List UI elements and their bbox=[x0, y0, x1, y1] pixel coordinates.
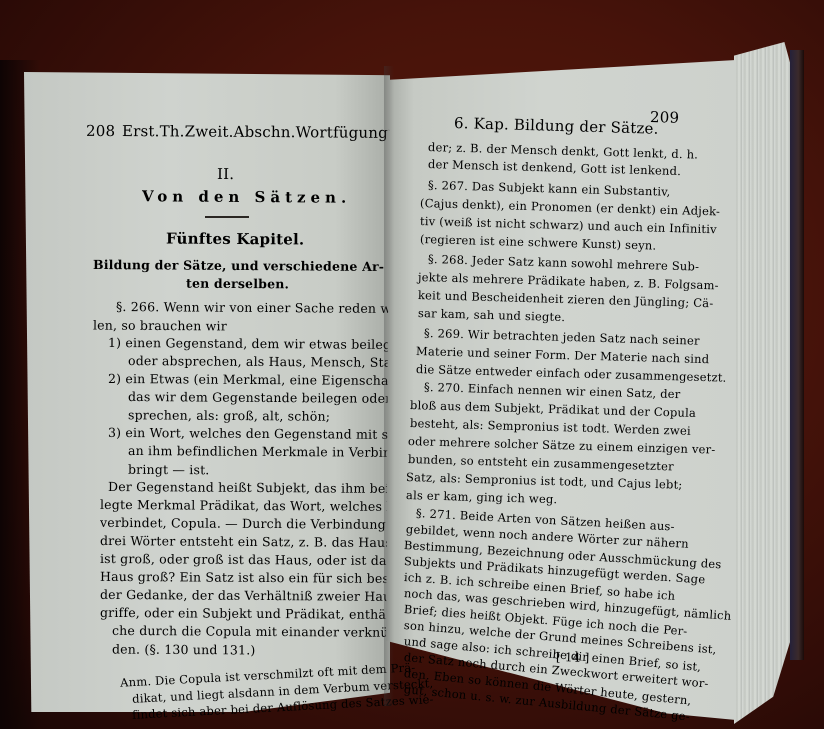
body-line: legte Merkmal Prädikat, das Wort, welche… bbox=[100, 497, 422, 514]
body-line: 3) ein Wort, welches den Gegenstand mit … bbox=[108, 425, 428, 442]
section-title: Von den Sätzen. bbox=[142, 187, 351, 206]
section-numeral: II. bbox=[217, 165, 234, 183]
book-gutter bbox=[384, 66, 394, 706]
body-line: das wir dem Gegenstande beilegen oder ab… bbox=[128, 389, 416, 406]
body-line: oder absprechen, als Haus, Mensch, Stadt… bbox=[128, 353, 409, 370]
body-line: den. (§. 130 und 131.) bbox=[112, 641, 256, 657]
chapter-subtitle-1: Bildung der Sätze, und verschiedene Ar- bbox=[93, 257, 384, 274]
body-line: der Gedanke, der das Verhältniß zweier H… bbox=[100, 587, 425, 604]
body-line: bringt — ist. bbox=[128, 462, 210, 478]
page-stack-fore-edge bbox=[734, 42, 790, 724]
body-line: 1) einen Gegenstand, dem wir etwas beile… bbox=[108, 335, 407, 352]
body-line: ist groß, oder groß ist das Haus, oder i… bbox=[100, 551, 393, 568]
body-line: Haus groß? Ein Satz ist also ein für sic… bbox=[100, 569, 431, 586]
left-running-head: Erst.Th.Zweit.Abschn.Wortfügungꝛc. bbox=[122, 121, 409, 143]
body-line: §. 266. Wenn wir von einer Sache reden w… bbox=[116, 299, 408, 316]
body-line: an ihm befindlichen Merkmale in Verbindu… bbox=[128, 443, 424, 460]
signature-mark: [ 14 ] bbox=[556, 650, 590, 665]
left-page-number: 208 bbox=[86, 122, 115, 140]
book-spine-edge bbox=[790, 50, 804, 660]
chapter-subtitle-2: ten derselben. bbox=[186, 276, 289, 292]
body-line: verbindet, Copula. — Durch die Verbindun… bbox=[100, 515, 431, 532]
body-line: 2) ein Etwas (ein Merkmal, eine Eigensch… bbox=[108, 371, 408, 388]
right-page-number: 209 bbox=[650, 108, 680, 127]
body-line: len, so brauchen wir bbox=[93, 318, 227, 334]
title-rule bbox=[205, 216, 249, 218]
chapter-title: Fünftes Kapitel. bbox=[166, 230, 304, 249]
body-line: sprechen, als: groß, alt, schön; bbox=[128, 407, 330, 423]
body-line: drei Wörter entsteht ein Satz, z. B. das… bbox=[100, 533, 392, 550]
body-line: Der Gegenstand heißt Subjekt, das ihm be… bbox=[108, 479, 410, 496]
body-line: griffe, oder ein Subjekt und Prädikat, e… bbox=[100, 605, 431, 622]
